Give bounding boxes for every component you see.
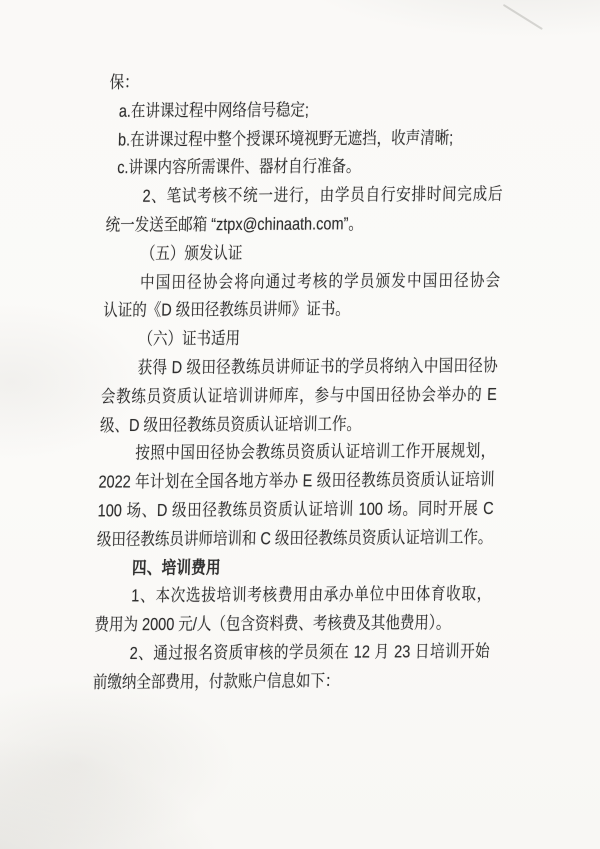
text-line: 认证的《D 级田径教练员讲师》证书。 (103, 296, 500, 327)
text-line: 前缴纳全部费用，付款账户信息如下： (92, 667, 489, 698)
text-line: （六）证书适用 (102, 325, 499, 356)
scan-artifact (503, 4, 543, 30)
text-line: 级、D 级田径教练员资质认证培训工作。 (100, 410, 497, 441)
text-line: 2022 年计划在全国各地方举办 E 级田径教练员资质认证培训 (98, 467, 495, 498)
text-line: 按照中国田径协会教练员资质认证培训工作开展规划， (99, 439, 496, 470)
text-line: 级田径教练员讲师培训和 C 级田径教练员资质认证培训工作。 (96, 524, 493, 555)
text-line: 2、通过报名资质审核的学员须在 12 月 23 日培训开始 (93, 639, 490, 670)
text-line: 2、笔试考核不统一进行，由学员自行安排时间完成后 (106, 182, 503, 213)
text-line: c.讲课内容所需课件、器材自行准备。 (107, 153, 504, 184)
text-line: 100 场、D 级田径教练员资质认证培训 100 场。同时开展 C (97, 496, 494, 527)
text-line: 会教练员资质认证培训讲师库，参与中国田径协会举办的 E (100, 382, 497, 413)
text-line: 费用为 2000 元/人（包含资料费、考核费及其他费用）。 (94, 610, 491, 641)
text-line: a.在讲课过程中网络信号稳定; (108, 96, 505, 127)
text-line: 保： (109, 68, 506, 99)
text-line: 获得 D 级田径教练员讲师证书的学员将纳入中国田径协 (101, 353, 498, 384)
document-page: 保：a.在讲课过程中网络信号稳定;b.在讲课过程中整个授课环境视野无遮挡，收声清… (0, 0, 600, 849)
text-line: 四、培训费用 (96, 553, 493, 584)
text-line: （五）颁发认证 (104, 239, 501, 270)
text-block: 保：a.在讲课过程中网络信号稳定;b.在讲课过程中整个授课环境视野无遮挡，收声清… (92, 68, 506, 699)
text-line: 中国田径协会将向通过考核的学员颁发中国田径协会 (104, 267, 501, 298)
text-line: 1、本次选拔培训考核费用由承办单位中田体育收取， (95, 582, 492, 613)
text-line: 统一发送至邮箱 “ztpx@chinaath.com”。 (105, 210, 502, 241)
text-line: b.在讲课过程中整个授课环境视野无遮挡，收声清晰; (108, 125, 505, 156)
